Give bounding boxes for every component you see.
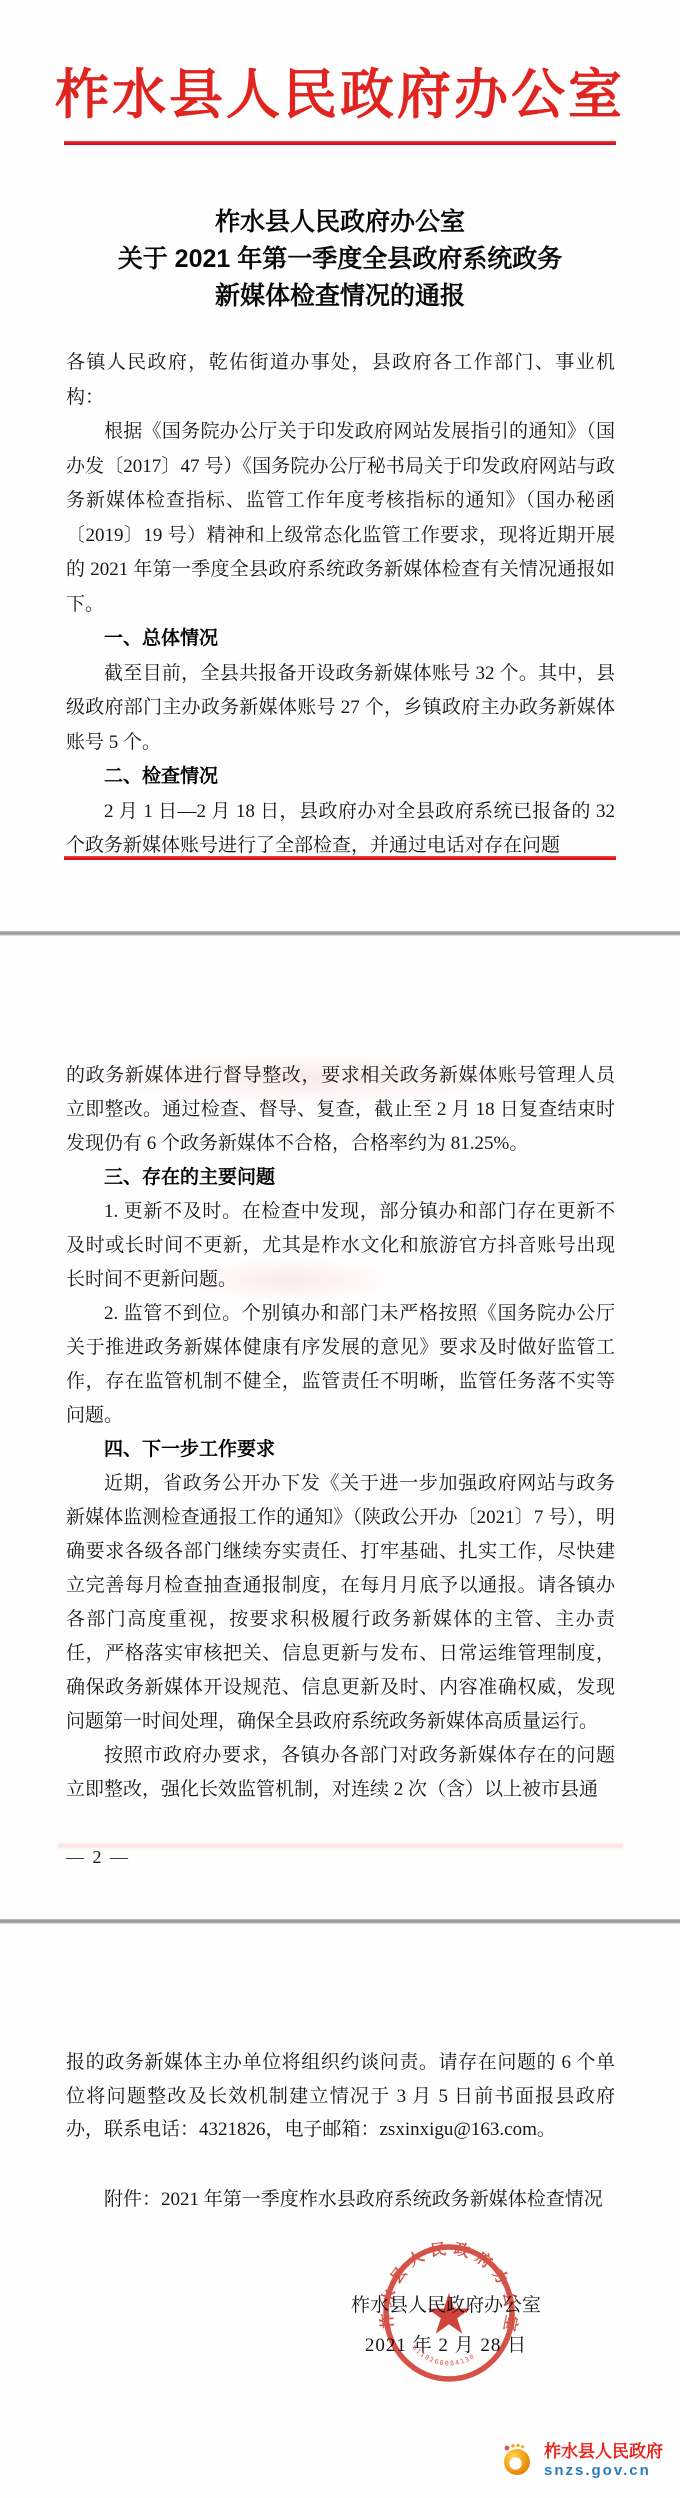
seal-code: 6110260084130 bbox=[411, 2344, 477, 2368]
ink-bleedthrough-strip bbox=[58, 1843, 623, 1848]
section-heading-problems: 三、存在的主要问题 bbox=[66, 1161, 615, 1195]
letterhead-title: 柞水县人民政府办公室 bbox=[0, 52, 680, 129]
paragraph-requirements: 近期，省政务公开办下发《关于进一步加强政府网站与政务新媒体监测检查通报工作的通知… bbox=[66, 1467, 615, 1739]
document-title-line-3: 新媒体检查情况的通报 bbox=[0, 278, 680, 315]
section-heading-overall: 一、总体情况 bbox=[66, 622, 615, 657]
page-number: — 2 — bbox=[66, 1847, 130, 1868]
section-heading-next-steps: 四、下一步工作要求 bbox=[66, 1433, 615, 1467]
seal-arc-text: 柞水县人民政府办公室 bbox=[379, 2240, 519, 2339]
page2-body: 的政务新媒体进行督导整改，要求相关政务新媒体账号管理人员立即整改。通过检查、督导… bbox=[66, 1059, 615, 1807]
site-watermark: 柞水县人民政府 snzs.gov.cn bbox=[500, 2442, 663, 2479]
page-separator bbox=[0, 931, 680, 936]
page3-body: 报的政务新媒体主办单位将组织约谈问责。请存在问题的 6 个单位将问题整改及长效机… bbox=[66, 2046, 615, 2147]
seal-star-icon bbox=[428, 2293, 471, 2334]
document-title-line-1: 柞水县人民政府办公室 bbox=[0, 204, 680, 241]
paw-logo-icon bbox=[500, 2442, 536, 2478]
paragraph-rectify: 的政务新媒体进行督导整改，要求相关政务新媒体账号管理人员立即整改。通过检查、督导… bbox=[66, 1059, 615, 1161]
paragraph-basis: 根据《国务院办公厅关于印发政府网站发展指引的通知》（国办发〔2017〕47 号）… bbox=[66, 415, 615, 622]
document-title: 柞水县人民政府办公室 关于 2021 年第一季度全县政府系统政务 新媒体检查情况… bbox=[0, 204, 680, 315]
paragraph-deadline: 报的政务新媒体主办单位将组织约谈问责。请存在问题的 6 个单位将问题整改及长效机… bbox=[66, 2046, 615, 2147]
paragraph-problem-1: 1. 更新不及时。在检查中发现，部分镇办和部门存在更新不及时或长时间不更新，尤其… bbox=[66, 1195, 615, 1297]
section-heading-inspection: 二、检查情况 bbox=[66, 760, 615, 795]
attachment-note: 附件：2021 年第一季度柞水县政府系统政务新媒体检查情况 bbox=[66, 2184, 615, 2211]
letterhead-rule bbox=[64, 141, 616, 145]
scanned-document: 柞水县人民政府办公室 柞水县人民政府办公室 关于 2021 年第一季度全县政府系… bbox=[0, 0, 680, 2498]
page1-body: 各镇人民政府，乾佑街道办事处，县政府各工作部门、事业机构： 根据《国务院办公厅关… bbox=[66, 346, 615, 864]
page-separator bbox=[0, 1919, 680, 1924]
site-domain: snzs.gov.cn bbox=[544, 2462, 663, 2479]
paragraph-accountability: 按照市政府办要求，各镇办各部门对政务新媒体存在的问题立即整改，强化长效监管机制，… bbox=[66, 1739, 615, 1807]
paragraph-inspection: 2 月 1 日—2 月 18 日，县政府办对全县政府系统已报备的 32 个政务新… bbox=[66, 795, 615, 864]
site-name: 柞水县人民政府 bbox=[544, 2442, 663, 2462]
page1-footer-rule bbox=[64, 856, 616, 860]
paragraph-problem-2: 2. 监管不到位。个别镇办和部门未严格按照《国务院办公厅关于推进政务新媒体健康有… bbox=[66, 1297, 615, 1433]
official-seal: 柞水县人民政府办公室 6110260084130 bbox=[379, 2240, 519, 2386]
salutation: 各镇人民政府，乾佑街道办事处，县政府各工作部门、事业机构： bbox=[66, 346, 615, 415]
document-title-line-2: 关于 2021 年第一季度全县政府系统政务 bbox=[0, 241, 680, 278]
paragraph-overall: 截至目前，全县共报备开设政务新媒体账号 32 个。其中，县级政府部门主办政务新媒… bbox=[66, 657, 615, 761]
